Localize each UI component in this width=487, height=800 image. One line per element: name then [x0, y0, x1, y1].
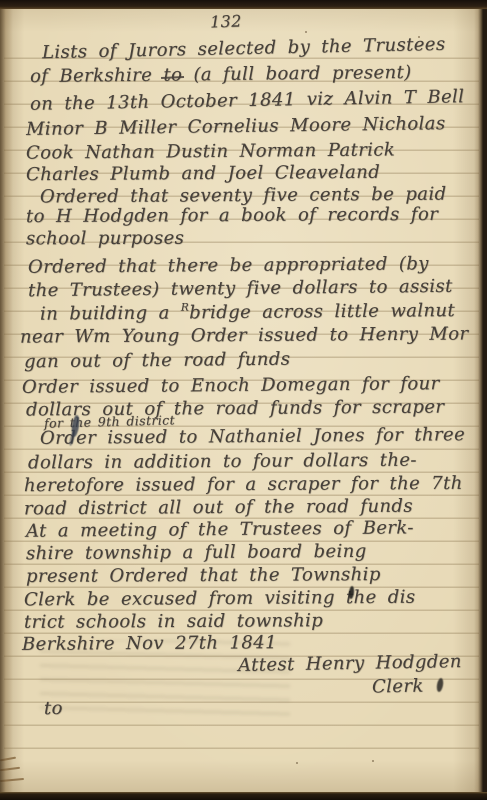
- text-run: Clerk be excused from visiting the dis: [24, 587, 416, 611]
- text-run: Order issued to Nathaniel Jones for thre…: [40, 424, 465, 449]
- handwritten-line: Cook Nathan Dustin Norman Patrick: [26, 139, 395, 163]
- text-run: Berkshire Nov 27th 1841: [22, 632, 277, 655]
- handwritten-line: Minor B Miller Cornelius Moore Nicholas: [26, 113, 446, 140]
- ink-drip: [436, 678, 444, 693]
- handwritten-line: school purposes: [26, 228, 184, 250]
- text-run: Clerk: [372, 676, 424, 698]
- text-run: road district all out of the road funds: [24, 496, 413, 520]
- text-run: near Wm Young Order issued to Henry Mor: [20, 323, 469, 347]
- handwritten-line: Order issued to Nathaniel Jones for thre…: [40, 424, 465, 449]
- text-run: shire township a full board being: [26, 541, 367, 564]
- text-run: (a full board present): [182, 62, 412, 85]
- book-cover-edge-top: [0, 0, 487, 9]
- handwritten-line: Charles Plumb and Joel Cleaveland: [26, 162, 380, 185]
- ledger-page-scan: 132 Lists of Jurors selected by the Trus…: [0, 0, 487, 800]
- text-run: Cook Nathan Dustin Norman Patrick: [26, 139, 395, 163]
- handwritten-line: heretofore issued for a scraper for the …: [24, 473, 463, 496]
- struck-word: to: [163, 64, 182, 85]
- text-run: bridge across little walnut: [189, 300, 455, 323]
- inserted-letter: R: [181, 302, 189, 314]
- text-run: At a meeting of the Trustees of Berk-: [26, 517, 414, 541]
- page-gutter-edge: [474, 0, 487, 800]
- handwritten-line: Ordered that there be appropriated (by: [28, 253, 429, 277]
- handwritten-line: Order issued to Enoch Domegan for four: [22, 373, 440, 398]
- page-number: 132: [210, 11, 242, 31]
- handwritten-line: the Trustees) twenty five dollars to ass…: [28, 276, 453, 301]
- text-run: Order issued to Enoch Domegan for four: [22, 373, 440, 398]
- text-run: school purposes: [26, 228, 184, 250]
- handwritten-line: Lists of Jurors selected by the Trustees: [42, 34, 446, 63]
- text-run: Minor B Miller Cornelius Moore Nicholas: [26, 113, 446, 140]
- handwritten-line: in building a Rbridge across little waln…: [40, 299, 455, 324]
- text-run: Ordered that there be appropriated (by: [28, 253, 429, 277]
- handwritten-line: At a meeting of the Trustees of Berk-: [26, 517, 414, 541]
- paper-speck: [296, 762, 298, 764]
- attest-signature: Attest Henry Hodgden: [238, 651, 462, 676]
- text-run: Attest Henry Hodgden: [238, 651, 462, 676]
- text-run: present Ordered that the Township: [26, 564, 381, 587]
- handwritten-line: near Wm Young Order issued to Henry Mor: [20, 323, 469, 347]
- signature-role: Clerk: [372, 676, 424, 698]
- handwritten-line: shire township a full board being: [26, 541, 367, 564]
- text-run: Charles Plumb and Joel Cleaveland: [26, 162, 380, 185]
- text-run: on the 13th October 1841 viz Alvin T Bel…: [30, 86, 465, 115]
- text-run: gan out of the road funds: [24, 349, 291, 373]
- book-cover-edge-bottom: [0, 792, 487, 800]
- text-run: heretofore issued for a scraper for the …: [24, 473, 463, 496]
- handwritten-line: to H Hodgden for a book of records for: [26, 204, 438, 227]
- text-run: trict schools in said township: [24, 610, 323, 633]
- text-run: of Berkshire: [30, 65, 164, 87]
- text-run: the Trustees) twenty five dollars to ass…: [28, 276, 453, 301]
- text-run: dollars in addition to four dollars the-: [28, 450, 417, 474]
- paper-speck: [305, 31, 307, 33]
- date-line: Berkshire Nov 27th 1841: [22, 632, 277, 655]
- handwritten-line: of Berkshire to (a full board present): [30, 62, 412, 87]
- handwritten-line: dollars in addition to four dollars the-: [28, 450, 417, 474]
- margin-note: to: [44, 698, 63, 719]
- handwritten-line: on the 13th October 1841 viz Alvin T Bel…: [30, 86, 465, 115]
- handwritten-line: Clerk be excused from visiting the dis: [24, 587, 416, 611]
- text-run: to H Hodgden for a book of records for: [26, 204, 438, 227]
- paper-speck: [372, 760, 374, 762]
- binding-edge: [0, 0, 13, 800]
- text-run: in building a: [40, 302, 181, 324]
- paper-speck: [418, 36, 420, 38]
- handwritten-line: road district all out of the road funds: [24, 496, 413, 520]
- handwritten-line: present Ordered that the Township: [26, 564, 381, 587]
- handwritten-line: trict schools in said township: [24, 610, 323, 633]
- handwritten-line: gan out of the road funds: [24, 349, 291, 373]
- text-run: Lists of Jurors selected by the Trustees: [42, 34, 446, 63]
- text-run: to: [44, 698, 63, 719]
